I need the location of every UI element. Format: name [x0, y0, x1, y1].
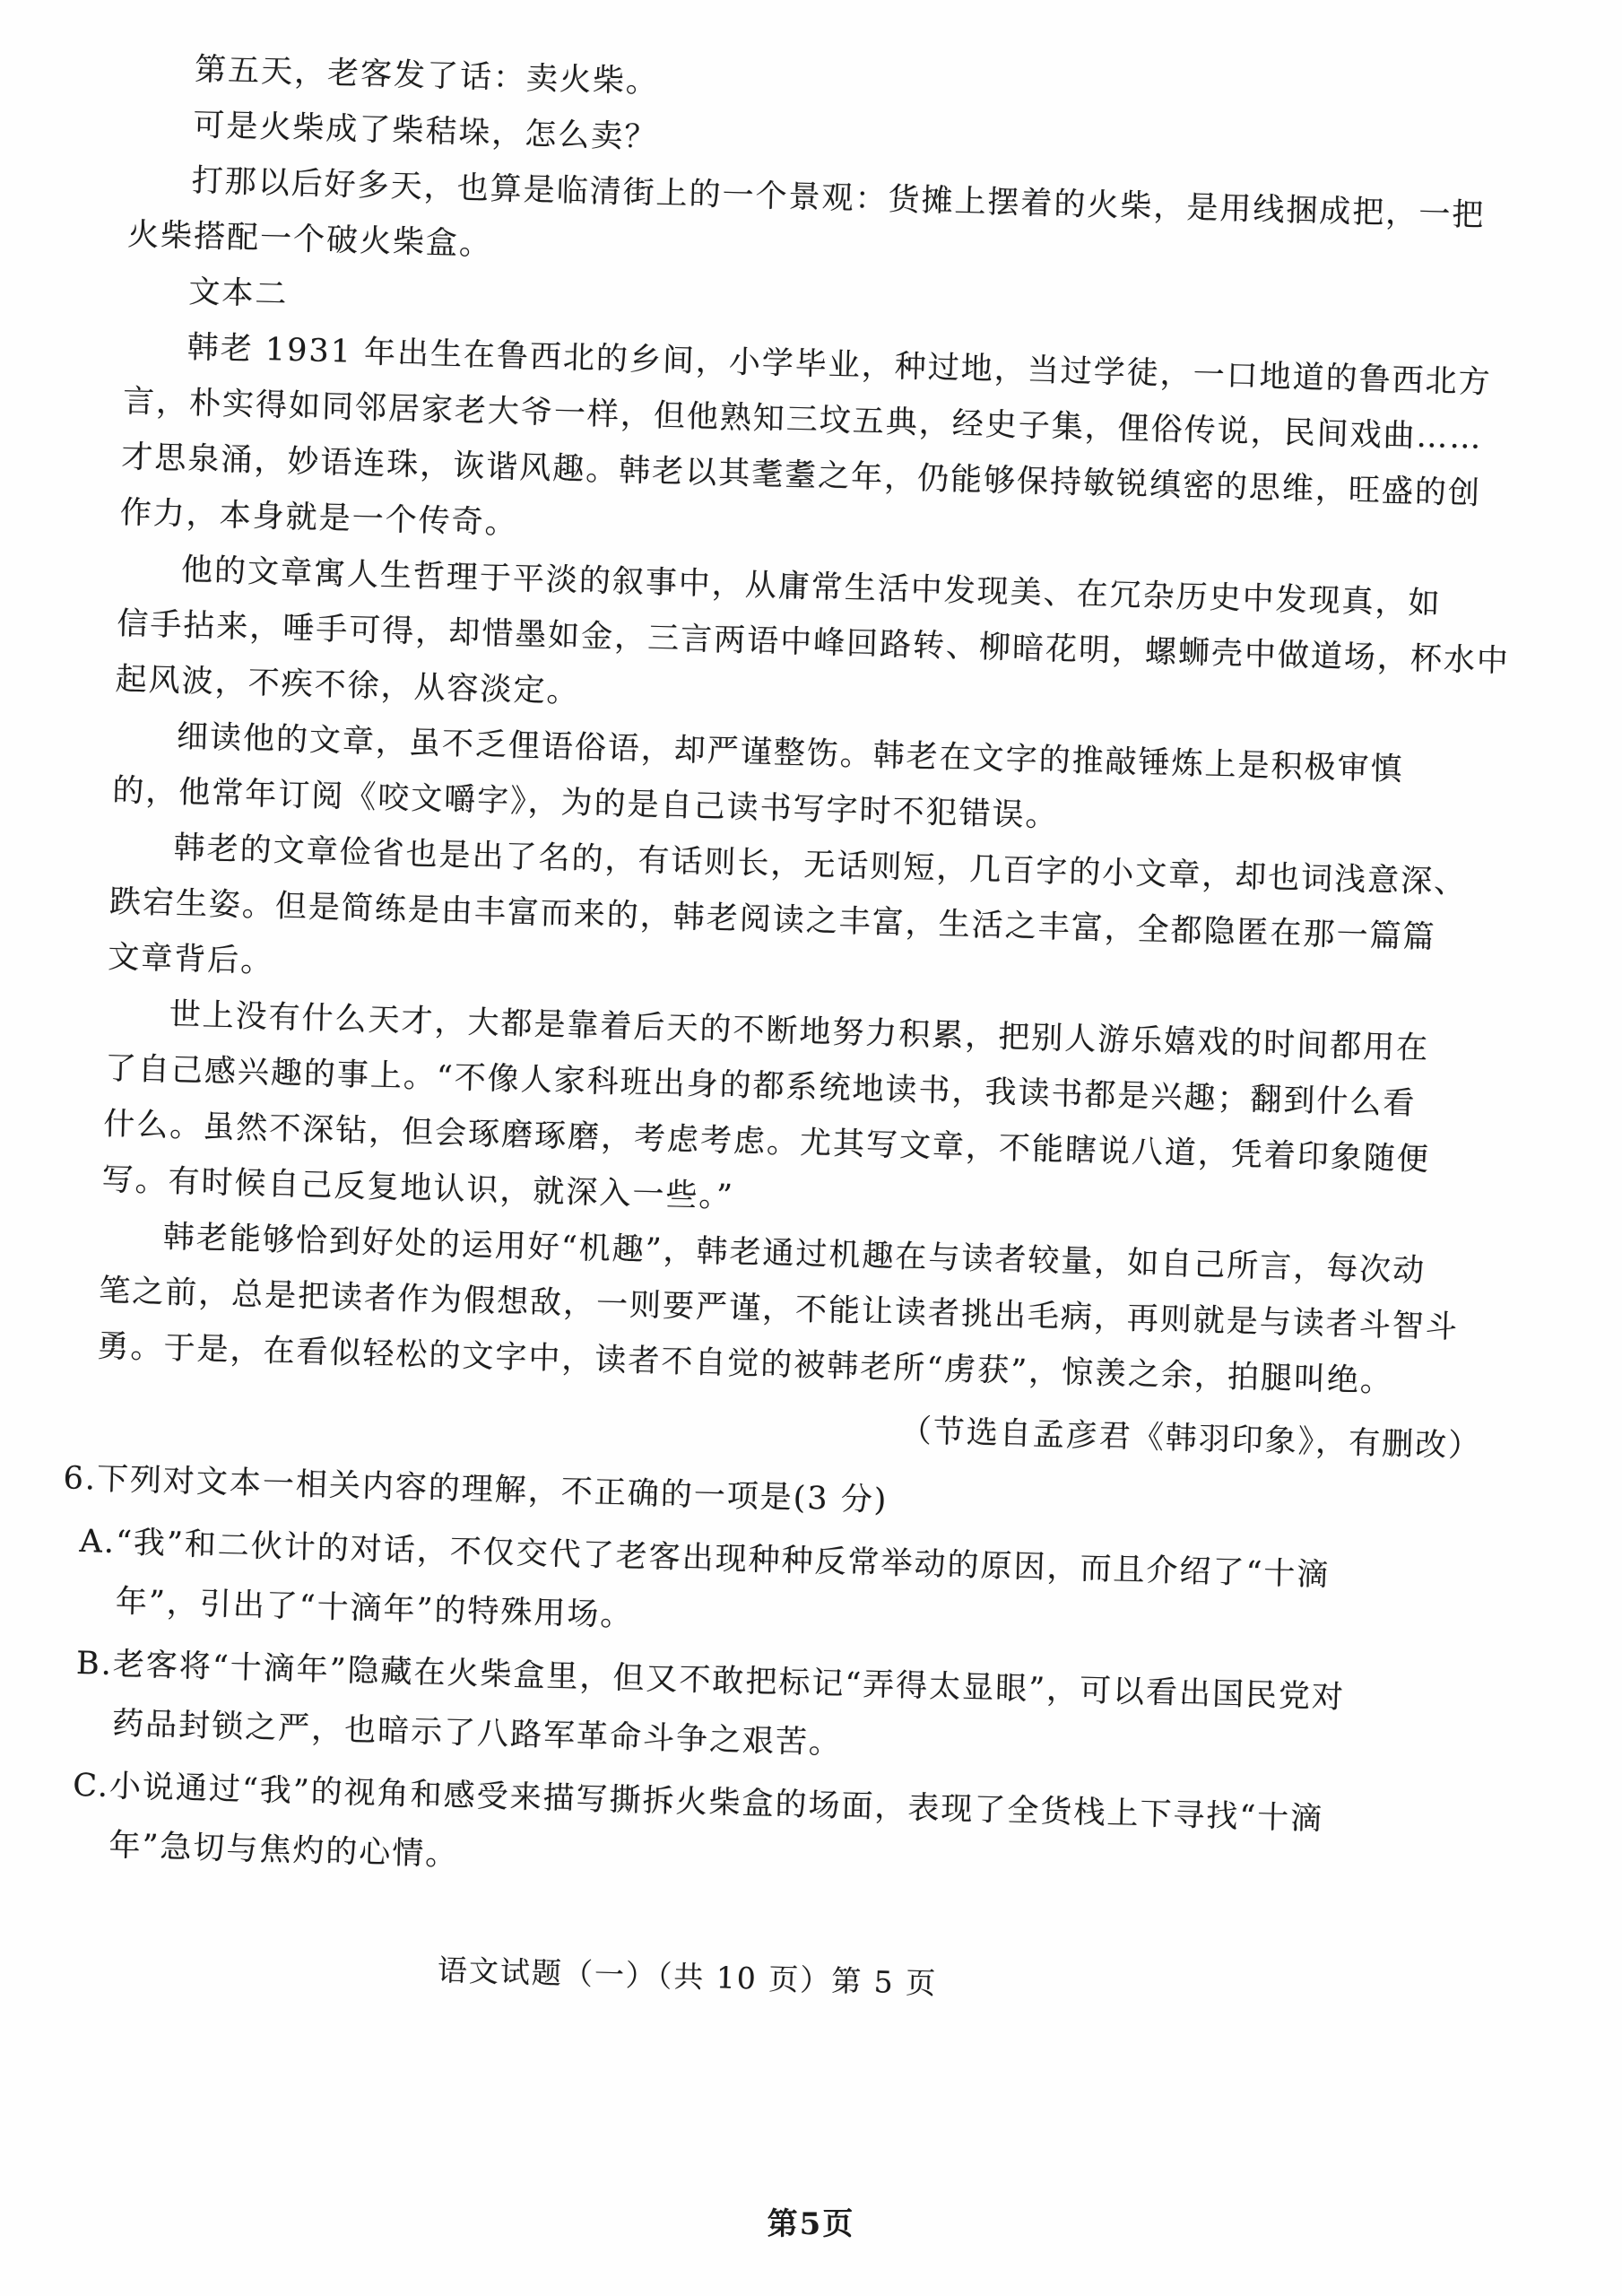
exam-footer-label: 语文试题（一）（共 10 页）第 5 页	[437, 1944, 1479, 2025]
scanned-exam-page: 第五天，老客发了话：卖火柴。 可是火柴成了柴秸垛，怎么卖？ 打那以后好多天，也算…	[0, 0, 1622, 2296]
page-number-footer: 第5页	[0, 2199, 1622, 2243]
page-content: 第五天，老客发了话：卖火柴。 可是火柴成了柴秸垛，怎么卖？ 打那以后好多天，也算…	[80, 40, 1531, 2025]
